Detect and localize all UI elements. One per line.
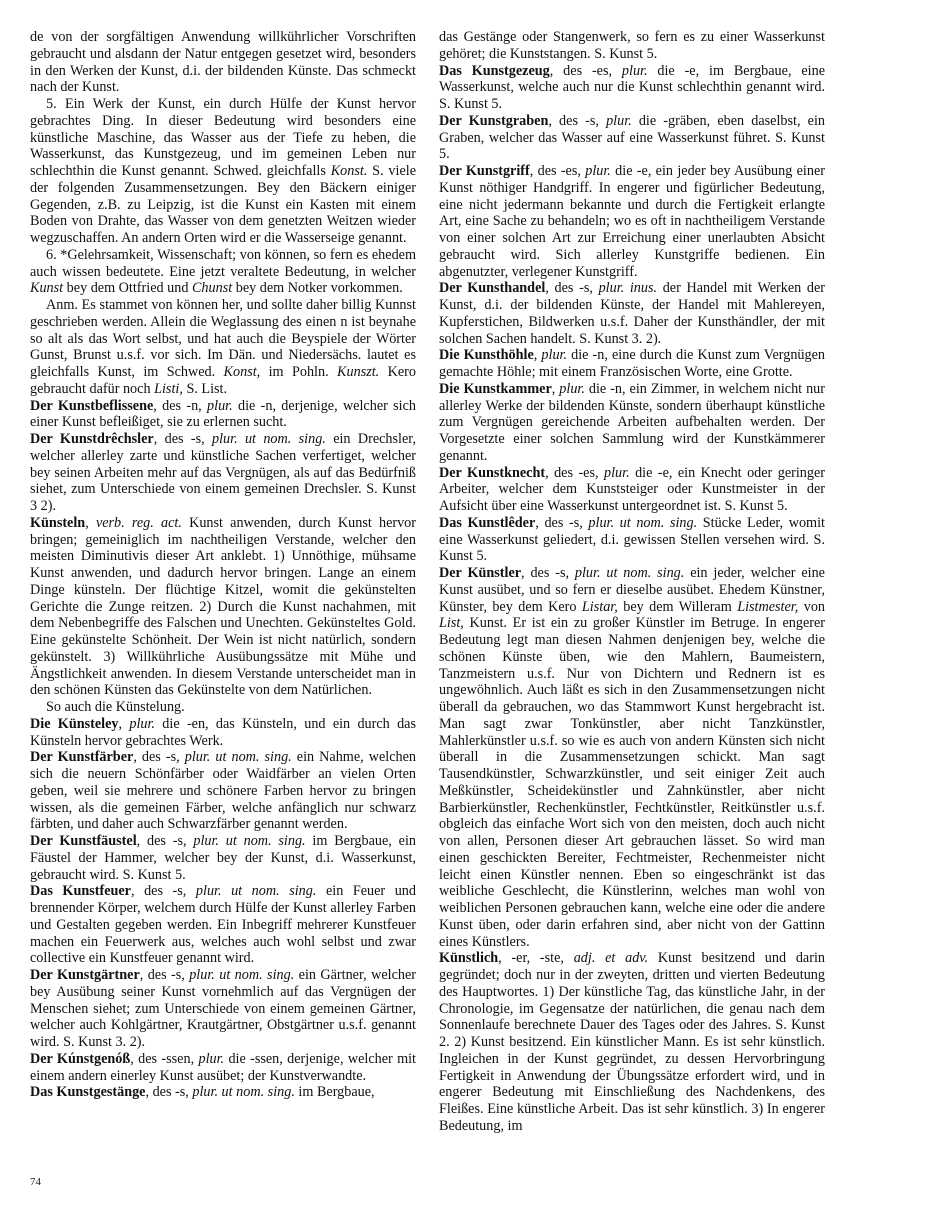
dictionary-entry: Der Kunstfäustel, des -s, plur. ut nom. … bbox=[30, 833, 416, 883]
dictionary-page: de von der sorgfältigen Anwendung willkü… bbox=[0, 0, 935, 1210]
italic-term: Listi, bbox=[154, 381, 183, 397]
dictionary-entry: Das Kunstlêder, des -s, plur. ut nom. si… bbox=[439, 515, 825, 565]
entry-text: , des -n, bbox=[153, 398, 207, 414]
dictionary-entry: Das Kunstfeuer, des -s, plur. ut nom. si… bbox=[30, 883, 416, 967]
entry-text: , des -s, bbox=[131, 883, 196, 899]
left-column: de von der sorgfältigen Anwendung willkü… bbox=[30, 29, 416, 1101]
entry-text: , des -s, bbox=[545, 280, 598, 296]
entry-text: , bbox=[119, 716, 130, 732]
italic-term: plur. inus. bbox=[599, 280, 657, 296]
entry-headword: Der Kunsthandel bbox=[439, 280, 545, 296]
entry-headword: Der Kunstbeflissene bbox=[30, 398, 153, 414]
text-paragraph: 6. *Gelehrsamkeit, Wissenschaft; von kön… bbox=[30, 247, 416, 297]
entry-headword: Das Kunstgezeug bbox=[439, 63, 550, 79]
text-paragraph: 5. Ein Werk der Kunst, ein durch Hülfe d… bbox=[30, 96, 416, 247]
entry-text: Kunst anwenden, durch Kunst hervor bring… bbox=[30, 515, 416, 699]
dictionary-entry: Künstlich, -er, -ste, adj. et adv. Kunst… bbox=[439, 950, 825, 1134]
italic-term: verb. reg. act. bbox=[96, 515, 182, 531]
italic-term: adj. et adv. bbox=[574, 950, 648, 966]
italic-term: Konst. bbox=[331, 163, 368, 179]
italic-term: plur. bbox=[559, 381, 585, 397]
italic-term: plur. bbox=[606, 113, 632, 129]
dictionary-entry: Der Kunstgärtner, des -s, plur. ut nom. … bbox=[30, 967, 416, 1051]
dictionary-entry: Künsteln, verb. reg. act. Kunst anwenden… bbox=[30, 515, 416, 699]
entry-text: , des -s, bbox=[535, 515, 588, 531]
entry-text: 6. *Gelehrsamkeit, Wissenschaft; von kön… bbox=[30, 247, 416, 280]
entry-text: bey dem Willeram bbox=[618, 599, 737, 615]
entry-text: , des -s, bbox=[521, 565, 575, 581]
entry-text: , -er, -ste, bbox=[498, 950, 574, 966]
entry-text: de von der sorgfältigen Anwendung willkü… bbox=[30, 29, 416, 95]
entry-text: , des -ssen, bbox=[130, 1051, 198, 1067]
dictionary-entry: Das Kunstgezeug, des -es, plur. die -e, … bbox=[439, 63, 825, 113]
entry-text: das Gestänge oder Stangenwerk, so fern e… bbox=[439, 29, 825, 62]
entry-text: bey dem Notker vorkommen. bbox=[232, 280, 403, 296]
dictionary-entry: Der Kunstgraben, des -s, plur. die -gräb… bbox=[439, 113, 825, 163]
entry-text: , des -es, bbox=[550, 63, 622, 79]
entry-text: im Pohln. bbox=[260, 364, 337, 380]
italic-term: Listmester, bbox=[737, 599, 798, 615]
entry-text: S. List. bbox=[183, 381, 227, 397]
dictionary-entry: Die Kunstkammer, plur. die -n, ein Zimme… bbox=[439, 381, 825, 465]
entry-headword: Der Kunstgraben bbox=[439, 113, 548, 129]
entry-headword: Der Kunstdrêchsler bbox=[30, 431, 154, 447]
page-number: 74 bbox=[30, 1176, 41, 1188]
entry-text: , des -s, bbox=[154, 431, 212, 447]
entry-headword: Die Kunstkammer bbox=[439, 381, 552, 397]
entry-headword: Der Kunstgriff bbox=[439, 163, 530, 179]
dictionary-entry: Das Kunstgestänge, des -s, plur. ut nom.… bbox=[30, 1084, 416, 1101]
entry-text: im Bergbaue, bbox=[295, 1084, 375, 1100]
italic-term: plur. ut nom. sing. bbox=[192, 1084, 294, 1100]
entry-headword: Der Kunstfäustel bbox=[30, 833, 137, 849]
italic-term: Listar, bbox=[582, 599, 618, 615]
dictionary-entry: Der Kunstfärber, des -s, plur. ut nom. s… bbox=[30, 749, 416, 833]
text-paragraph: das Gestänge oder Stangenwerk, so fern e… bbox=[439, 29, 825, 63]
text-paragraph: de von der sorgfältigen Anwendung willkü… bbox=[30, 29, 416, 96]
dictionary-entry: Der Kunstbeflissene, des -n, plur. die -… bbox=[30, 398, 416, 432]
dictionary-entry: Der Kunstgriff, des -es, plur. die -e, e… bbox=[439, 163, 825, 280]
italic-term: plur. bbox=[585, 163, 611, 179]
entry-headword: Die Kunsthöhle bbox=[439, 347, 534, 363]
entry-headword: Der Kunstknecht bbox=[439, 465, 545, 481]
italic-term: Konst, bbox=[224, 364, 261, 380]
italic-term: plur. ut nom. sing. bbox=[575, 565, 684, 581]
entry-headword: Der Kunstgärtner bbox=[30, 967, 140, 983]
dictionary-entry: Der Kunsthandel, des -s, plur. inus. der… bbox=[439, 280, 825, 347]
entry-text: , des -s, bbox=[140, 967, 189, 983]
entry-text: , des -es, bbox=[530, 163, 585, 179]
entry-text: Kunst. Er ist ein zu großer Künstler im … bbox=[439, 615, 825, 949]
entry-text: , bbox=[85, 515, 96, 531]
entry-text: , des -s, bbox=[137, 833, 194, 849]
entry-text: So auch die Künstelung. bbox=[46, 699, 185, 715]
entry-headword: Künsteln bbox=[30, 515, 85, 531]
entry-text: bey dem Ottfried und bbox=[63, 280, 192, 296]
dictionary-entry: Die Kunsthöhle, plur. die -n, eine durch… bbox=[439, 347, 825, 381]
italic-term: plur. ut nom. sing. bbox=[193, 833, 305, 849]
italic-term: plur. ut nom. sing. bbox=[196, 883, 317, 899]
italic-term: plur. ut nom. sing. bbox=[189, 967, 294, 983]
italic-term: Kunst bbox=[30, 280, 63, 296]
dictionary-entry: Der Kunstdrêchsler, des -s, plur. ut nom… bbox=[30, 431, 416, 515]
italic-term: List, bbox=[439, 615, 464, 631]
entry-headword: Die Künsteley bbox=[30, 716, 119, 732]
entry-text: , des -s, bbox=[548, 113, 606, 129]
dictionary-entry: Der Kunstknecht, des -es, plur. die -e, … bbox=[439, 465, 825, 515]
italic-term: plur. bbox=[541, 347, 567, 363]
entry-text: , des -s, bbox=[133, 749, 184, 765]
entry-text: , des -es, bbox=[545, 465, 604, 481]
entry-text: Kunst besitzend und darin gegründet; doc… bbox=[439, 950, 825, 1134]
entry-text: die -e, ein jeder bey Ausübung einer Kun… bbox=[439, 163, 825, 280]
italic-term: plur. bbox=[622, 63, 648, 79]
italic-term: plur. ut nom. sing. bbox=[588, 515, 697, 531]
italic-term: plur. bbox=[604, 465, 630, 481]
italic-term: plur. bbox=[198, 1051, 224, 1067]
entry-text: , des -s, bbox=[145, 1084, 192, 1100]
dictionary-entry: Der Künstler, des -s, plur. ut nom. sing… bbox=[439, 565, 825, 950]
dictionary-entry: Die Künsteley, plur. die -en, das Künste… bbox=[30, 716, 416, 750]
italic-term: plur. ut nom. sing. bbox=[185, 749, 292, 765]
entry-headword: Künstlich bbox=[439, 950, 498, 966]
italic-term: Kunszt. bbox=[337, 364, 379, 380]
italic-term: plur. bbox=[207, 398, 233, 414]
entry-headword: Das Kunstlêder bbox=[439, 515, 535, 531]
entry-headword: Der Kunstfärber bbox=[30, 749, 133, 765]
italic-term: Chunst bbox=[192, 280, 232, 296]
text-paragraph: Anm. Es stammet von können her, und soll… bbox=[30, 297, 416, 398]
entry-headword: Das Kunstgestänge bbox=[30, 1084, 145, 1100]
italic-term: plur. bbox=[129, 716, 155, 732]
entry-headword: Das Kunstfeuer bbox=[30, 883, 131, 899]
dictionary-entry: Der Kúnstgenóß, des -ssen, plur. die -ss… bbox=[30, 1051, 416, 1085]
entry-text: von bbox=[798, 599, 825, 615]
text-paragraph: So auch die Künstelung. bbox=[30, 699, 416, 716]
entry-headword: Der Künstler bbox=[439, 565, 521, 581]
entry-headword: Der Kúnstgenóß bbox=[30, 1051, 130, 1067]
right-column: das Gestänge oder Stangenwerk, so fern e… bbox=[439, 29, 825, 1135]
italic-term: plur. ut nom. sing. bbox=[212, 431, 326, 447]
